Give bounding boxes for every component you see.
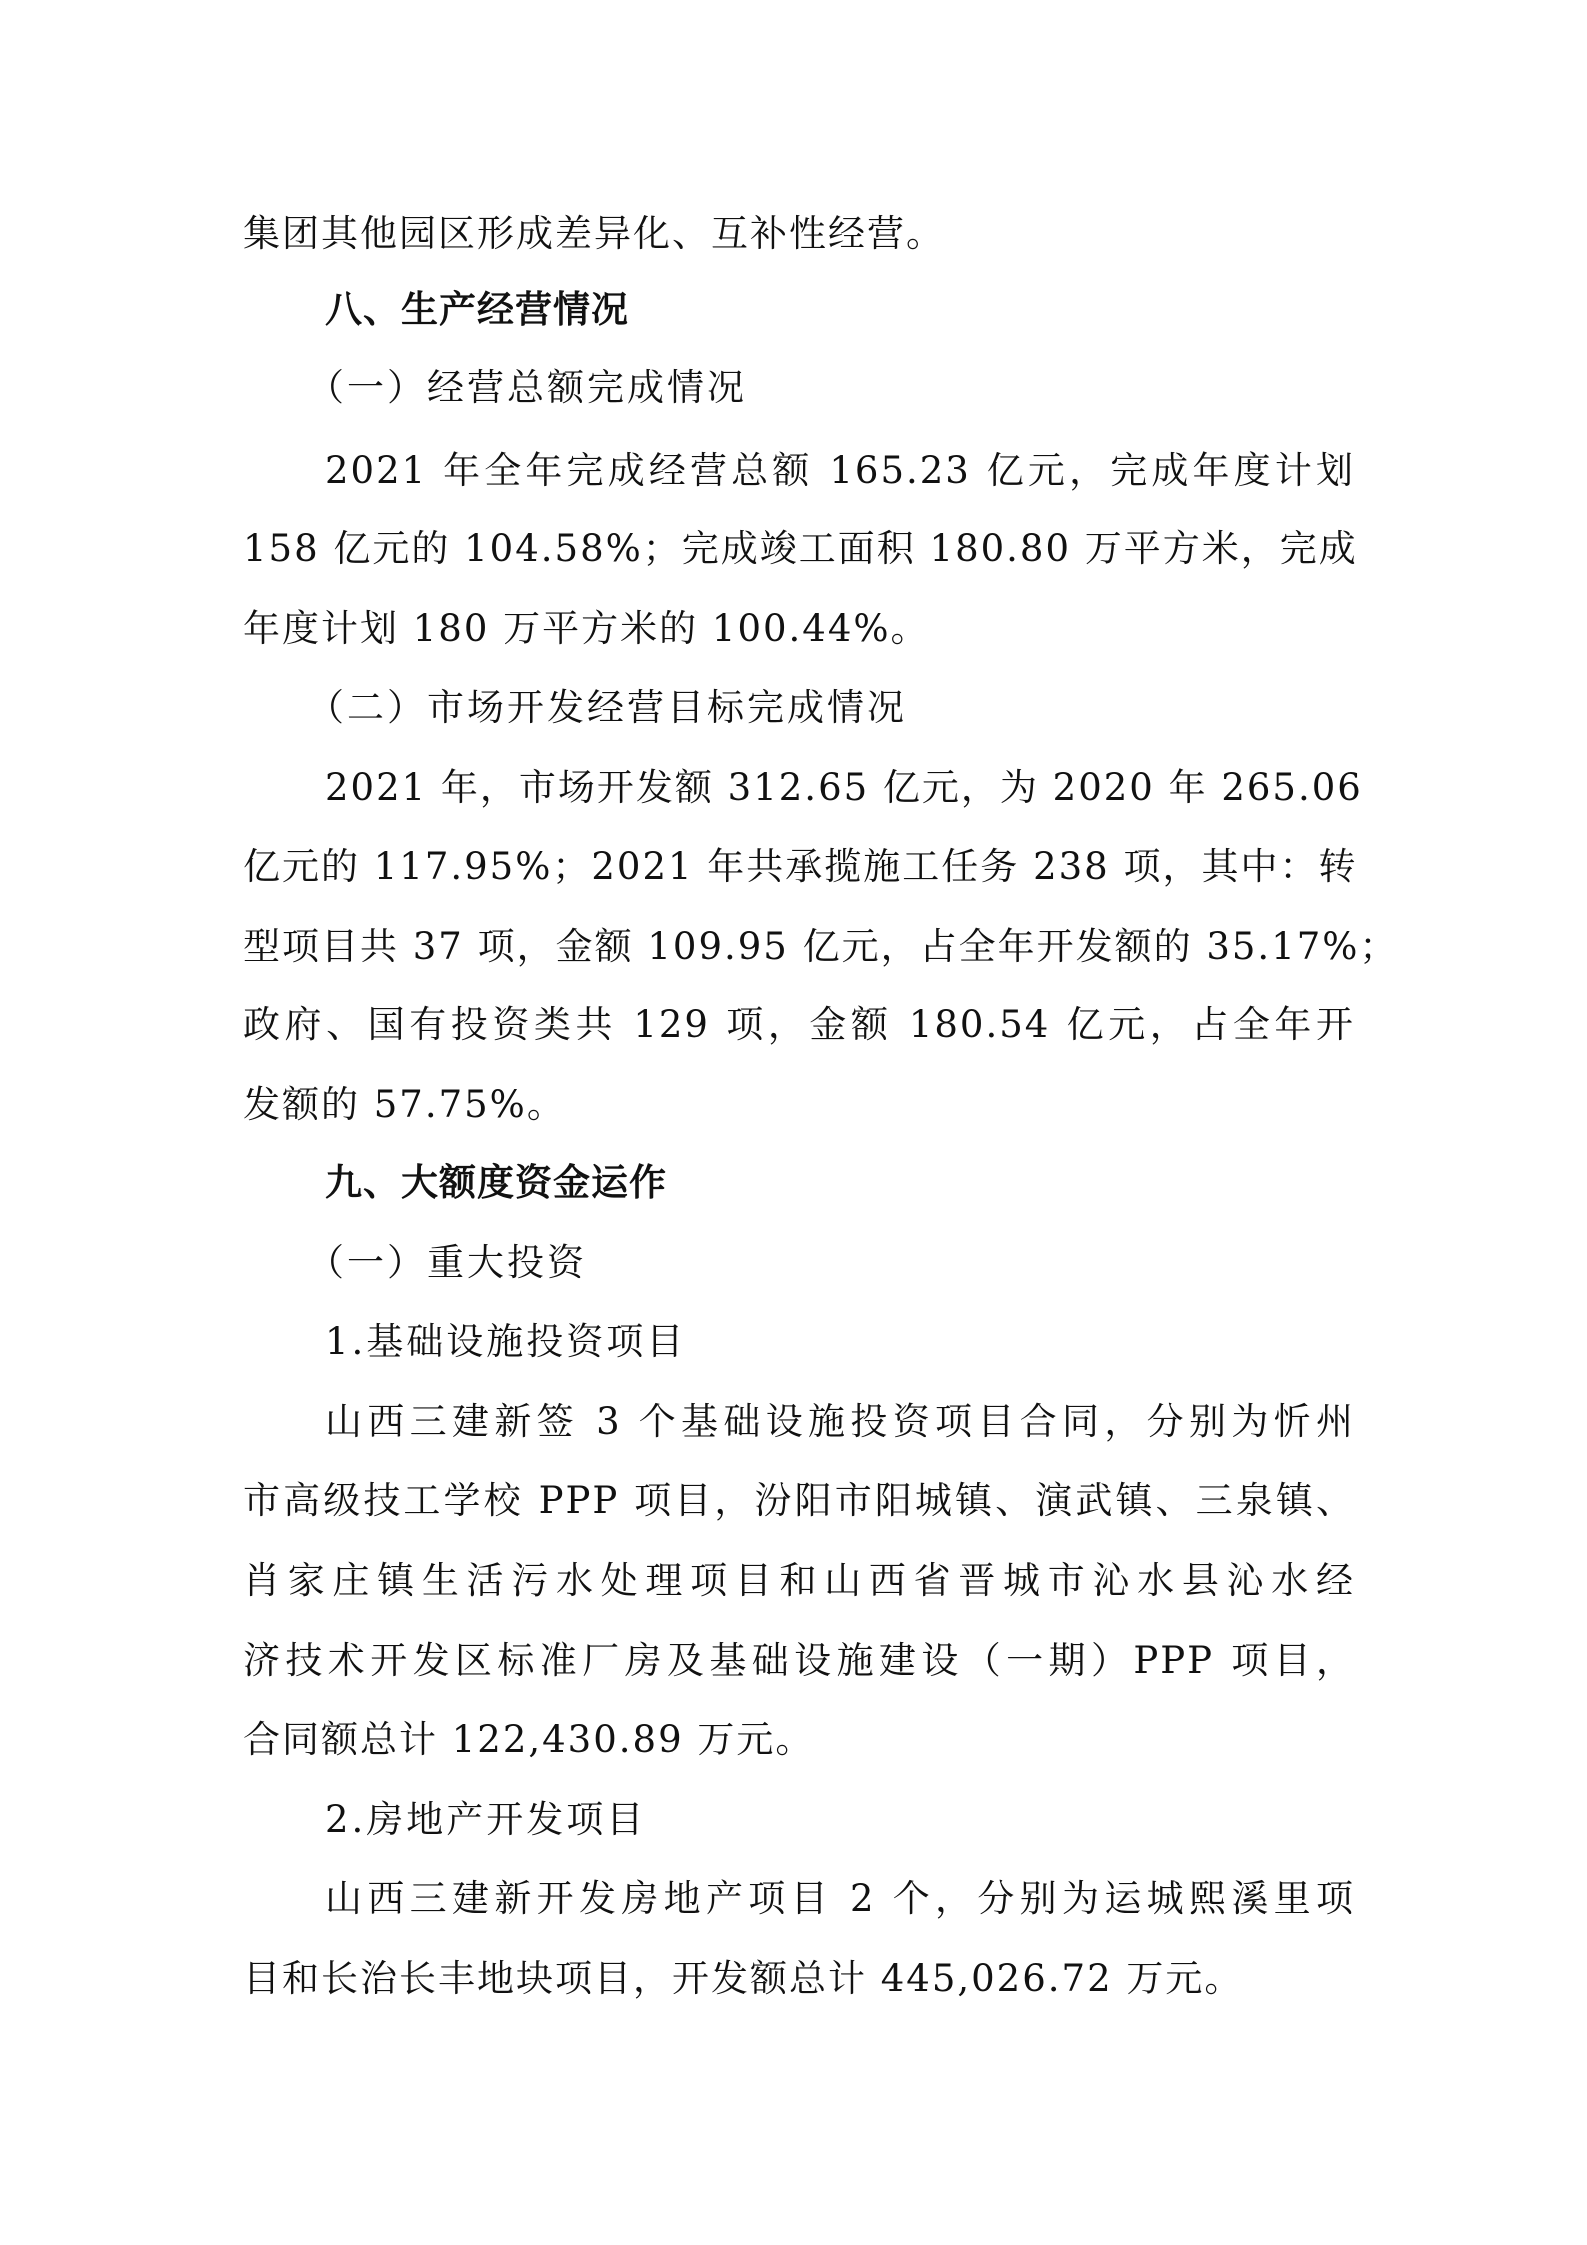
paragraph-line: 型项目共 37 项，金额 109.95 亿元，占全年开发额的 35.17%；	[243, 921, 1355, 973]
item-heading-real-estate: 2.房地产开发项目	[325, 1794, 646, 1846]
paragraph-line: 年度计划 180 万平方米的 100.44%。	[243, 603, 930, 655]
paragraph-line: 发额的 57.75%。	[243, 1079, 566, 1131]
paragraph-line: 目和长治长丰地块项目，开发额总计 445,026.72 万元。	[243, 1953, 1243, 2005]
paragraph-continuation: 集团其他园区形成差异化、互补性经营。	[243, 208, 1113, 260]
subsection-heading-8-2: （二）市场开发经营目标完成情况	[307, 682, 907, 734]
paragraph-line: 市高级技工学校 PPP 项目，汾阳市阳城镇、演武镇、三泉镇、	[243, 1475, 1355, 1527]
paragraph-line: 2021 年全年完成经营总额 165.23 亿元，完成年度计划	[325, 445, 1355, 497]
paragraph-line: 2021 年，市场开发额 312.65 亿元，为 2020 年 265.06	[325, 762, 1355, 814]
item-heading-infrastructure: 1.基础设施投资项目	[325, 1316, 686, 1368]
subsection-heading-8-1: （一）经营总额完成情况	[307, 362, 747, 414]
subsection-heading-9-1: （一）重大投资	[307, 1237, 587, 1289]
paragraph-line: 158 亿元的 104.58%；完成竣工面积 180.80 万平方米，完成	[243, 523, 1355, 575]
paragraph-line: 山西三建新签 3 个基础设施投资项目合同，分别为忻州	[325, 1396, 1355, 1448]
paragraph-line: 济技术开发区标准厂房及基础设施建设（一期）PPP 项目，	[243, 1635, 1355, 1687]
section-heading-9: 九、大额度资金运作	[325, 1157, 667, 1209]
paragraph-line: 亿元的 117.95%；2021 年共承揽施工任务 238 项，其中：转	[243, 841, 1355, 893]
paragraph-line: 肖家庄镇生活污水处理项目和山西省晋城市沁水县沁水经	[243, 1555, 1355, 1607]
paragraph-line: 山西三建新开发房地产项目 2 个，分别为运城熙溪里项	[325, 1873, 1355, 1925]
paragraph-line: 合同额总计 122,430.89 万元。	[243, 1714, 814, 1766]
paragraph-line: 政府、国有投资类共 129 项，金额 180.54 亿元，占全年开	[243, 999, 1355, 1051]
section-heading-8: 八、生产经营情况	[325, 284, 629, 336]
